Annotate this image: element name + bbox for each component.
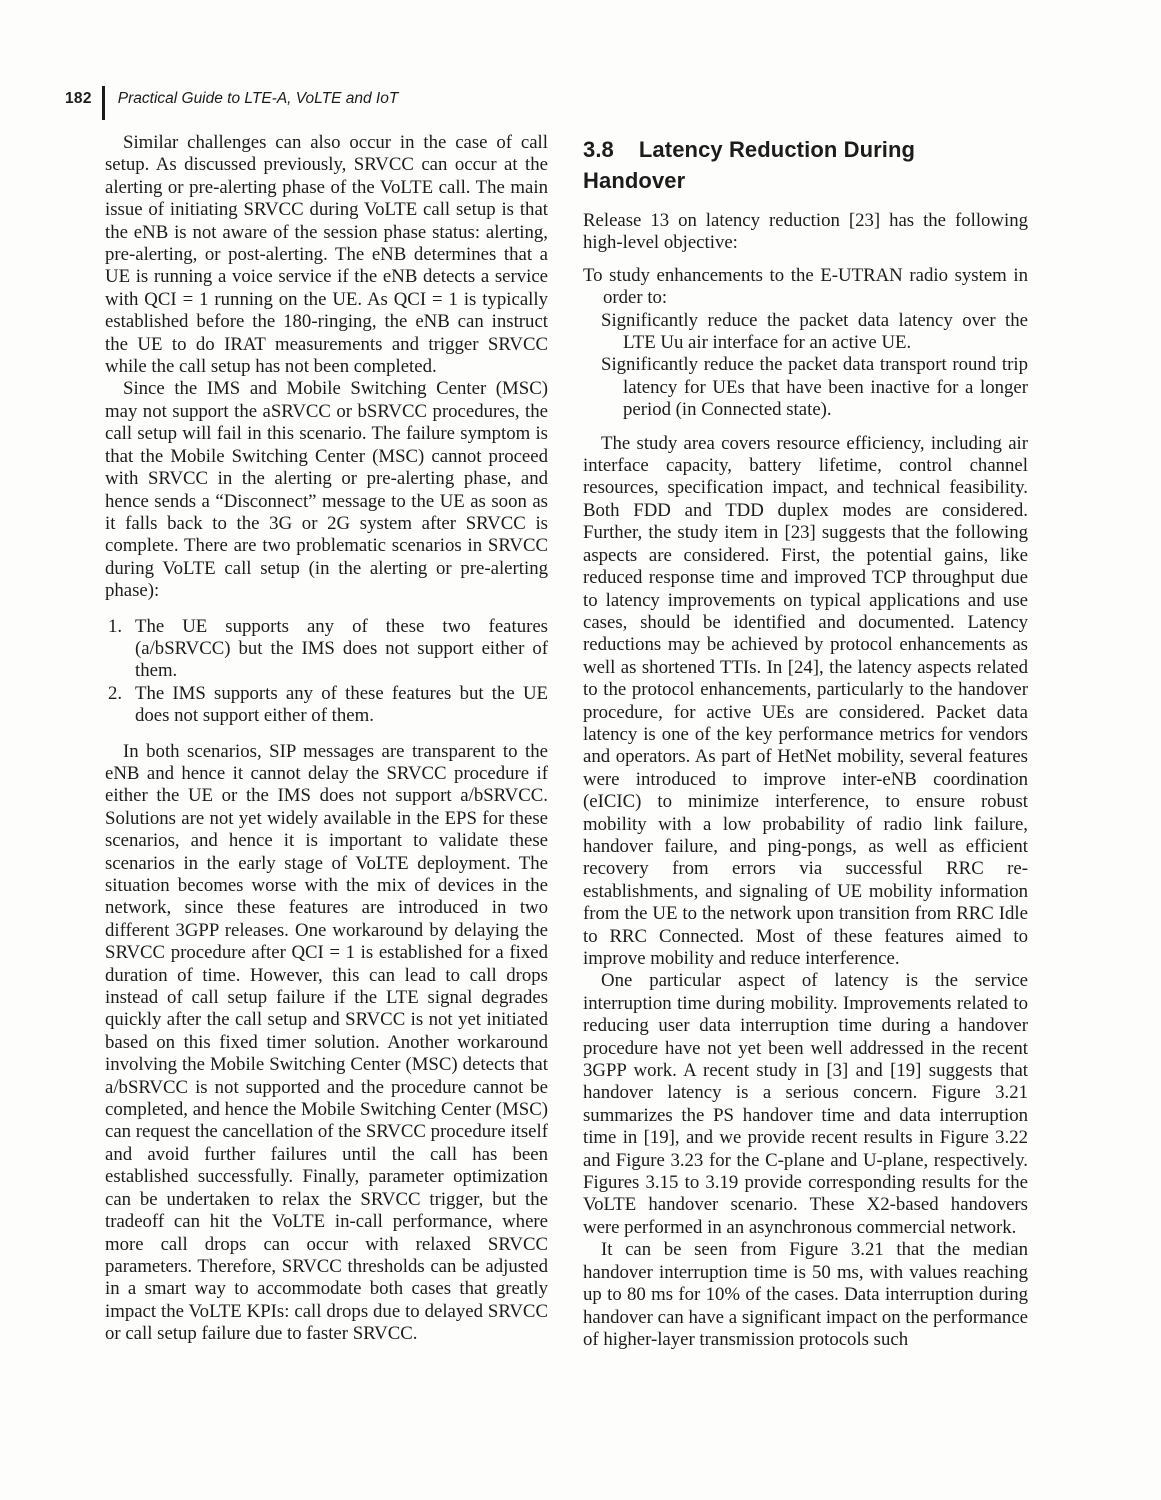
- right-column: 3.8Latency Reduction During Handover Rel…: [583, 132, 1028, 1351]
- list-item-number: 2.: [108, 683, 135, 728]
- list-item-text: The UE supports any of these two feature…: [135, 616, 548, 683]
- numbered-list: 1. The UE supports any of these two feat…: [105, 616, 548, 728]
- section-heading: 3.8Latency Reduction During Handover: [583, 134, 1013, 196]
- list-item-number: 1.: [108, 616, 135, 683]
- header-divider: [102, 86, 105, 120]
- page-header: 182 Practical Guide to LTE-A, VoLTE and …: [65, 86, 1028, 124]
- left-column: Similar challenges can also occur in the…: [105, 132, 548, 1351]
- page-number: 182: [65, 86, 92, 109]
- paragraph: Release 13 on latency reduction [23] has…: [583, 210, 1028, 255]
- objective-item: Significantly reduce the packet data tra…: [583, 354, 1028, 421]
- objective-block: To study enhancements to the E-UTRAN rad…: [583, 265, 1028, 422]
- list-item-text: The IMS supports any of these features b…: [135, 683, 548, 728]
- section-number: 3.8: [583, 137, 614, 162]
- text-columns: Similar challenges can also occur in the…: [105, 132, 1028, 1351]
- section-title: Latency Reduction During Handover: [583, 137, 915, 193]
- paragraph: Since the IMS and Mobile Switching Cente…: [105, 378, 548, 602]
- paragraph: Similar challenges can also occur in the…: [105, 132, 548, 378]
- objective-item: Significantly reduce the packet data lat…: [583, 310, 1028, 355]
- paragraph: It can be seen from Figure 3.21 that the…: [583, 1239, 1028, 1351]
- paragraph: In both scenarios, SIP messages are tran…: [105, 741, 548, 1346]
- list-item: 1. The UE supports any of these two feat…: [108, 616, 548, 683]
- objective-intro: To study enhancements to the E-UTRAN rad…: [583, 265, 1028, 310]
- running-title: Practical Guide to LTE-A, VoLTE and IoT: [118, 86, 399, 109]
- list-item: 2. The IMS supports any of these feature…: [108, 683, 548, 728]
- paragraph: One particular aspect of latency is the …: [583, 970, 1028, 1239]
- paragraph: The study area covers resource efficienc…: [583, 433, 1028, 971]
- book-page: 182 Practical Guide to LTE-A, VoLTE and …: [0, 0, 1161, 1500]
